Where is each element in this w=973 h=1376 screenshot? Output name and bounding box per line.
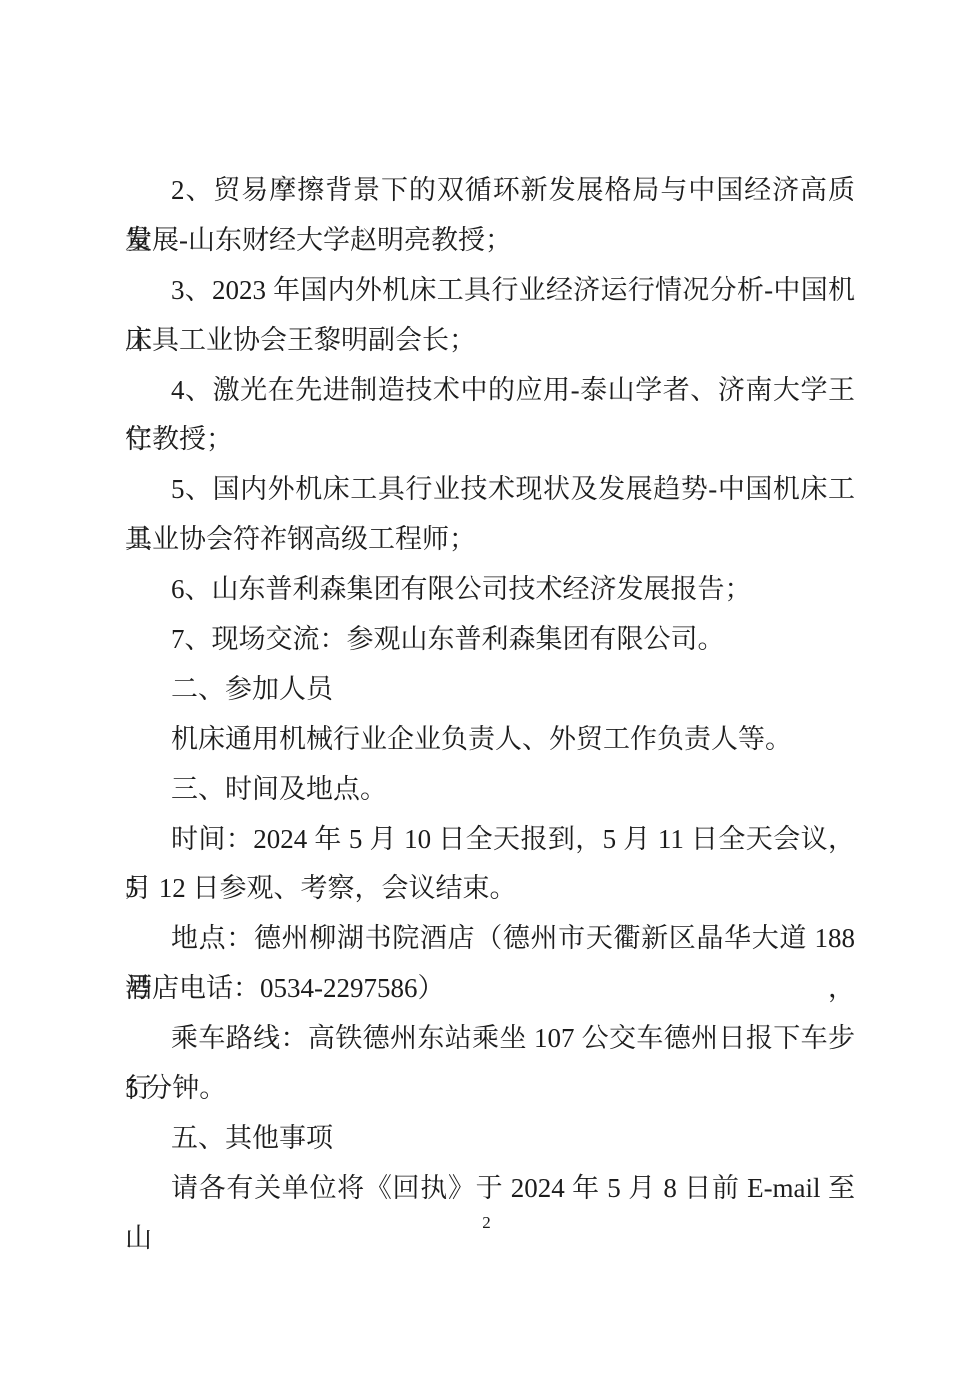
document-line: 二、参加人员: [125, 665, 855, 715]
document-line: 2、贸易摩擦背景下的双循环新发展格局与中国经济高质量: [125, 166, 855, 216]
document-line: 4、激光在先进制造技术中的应用-泰山学者、济南大学王守: [125, 366, 855, 416]
document-line: 月 12 日参观、考察，会议结束。: [125, 864, 855, 914]
document-line: 3、2023 年国内外机床工具行业经济运行情况分析-中国机床: [125, 266, 855, 316]
document-line: 机床通用机械行业企业负责人、外贸工作负责人等。: [125, 715, 855, 765]
document-line: 5、国内外机床工具行业技术现状及发展趋势-中国机床工具: [125, 465, 855, 515]
document-line: 发展-山东财经大学赵明亮教授；: [125, 216, 855, 266]
document-line: 三、时间及地点。: [125, 765, 855, 815]
document-line: 工具工业协会王黎明副会长；: [125, 316, 855, 366]
document-line: 时间：2024 年 5 月 10 日全天报到，5 月 11 日全天会议，5: [125, 815, 855, 865]
page-number: 2: [0, 1212, 973, 1234]
document-line: 7、现场交流：参观山东普利森集团有限公司。: [125, 615, 855, 665]
document-line: 五、其他事项: [125, 1114, 855, 1164]
document-body: 2、贸易摩擦背景下的双循环新发展格局与中国经济高质量发展-山东财经大学赵明亮教授…: [125, 166, 855, 1214]
document-line: 5 分钟。: [125, 1064, 855, 1114]
document-line: 6、山东普利森集团有限公司技术经济发展报告；: [125, 565, 855, 615]
document-line: 请各有关单位将《回执》于 2024 年 5 月 8 日前 E-mail 至山: [125, 1164, 855, 1214]
document-line: 地点：德州柳湖书院酒店（德州市天衢新区晶华大道 188 号，: [125, 914, 855, 964]
document-line: 工业协会符祚钢高级工程师；: [125, 515, 855, 565]
document-line: 仁教授；: [125, 415, 855, 465]
document-line: 乘车路线：高铁德州东站乘坐 107 公交车德州日报下车步行: [125, 1014, 855, 1064]
